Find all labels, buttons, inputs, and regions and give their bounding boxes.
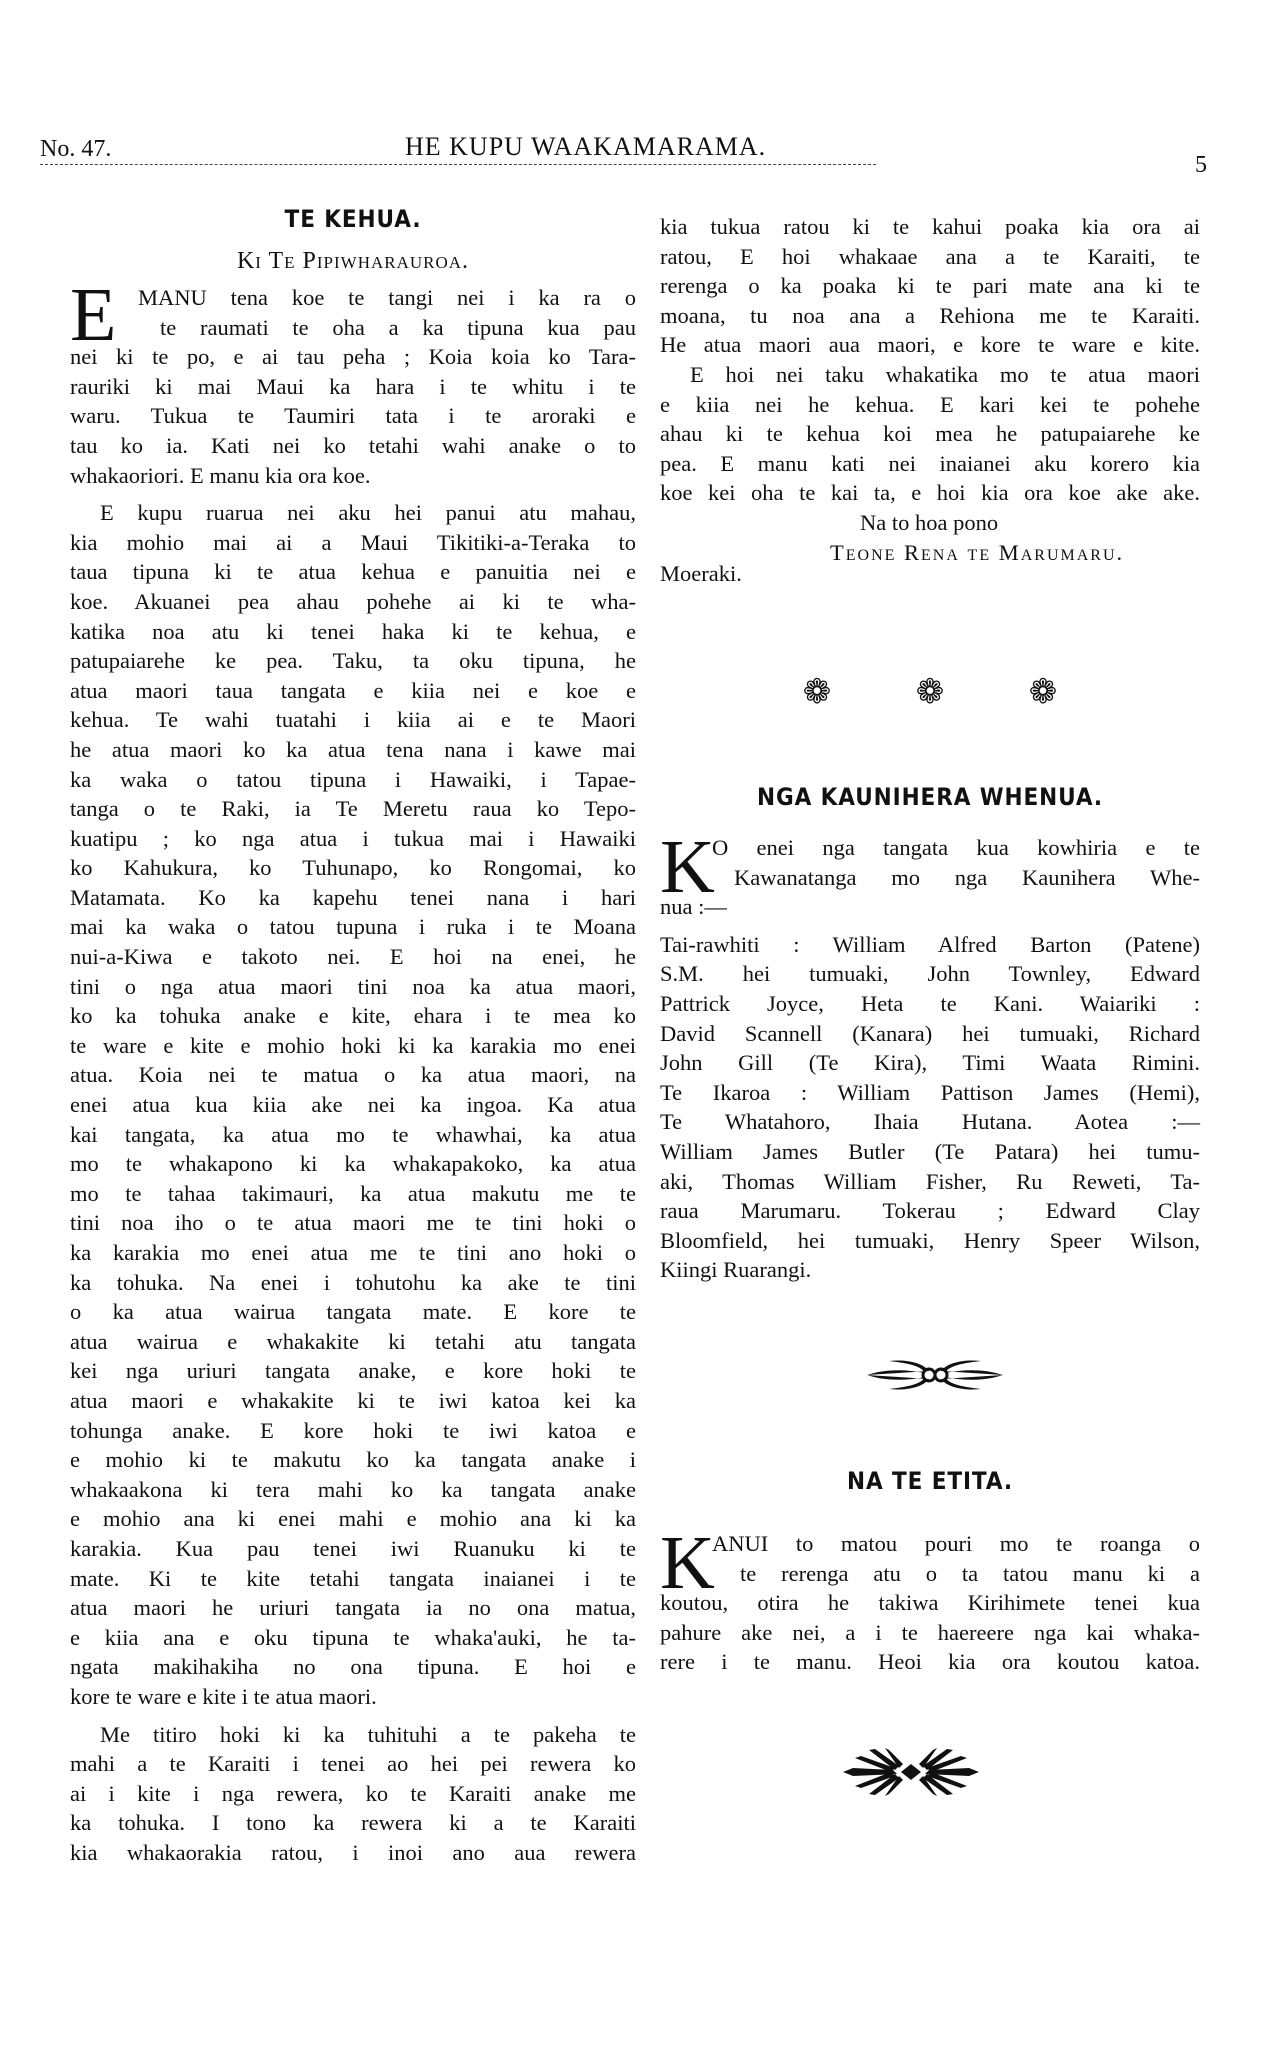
text-line: Te Whatahoro, Ihaia Hutana. Aotea :— xyxy=(660,1107,1200,1137)
text-line: e mohio ki te makutu ko ka tangata anake… xyxy=(70,1445,636,1475)
text-line: te rerenga atu o ta tatou manu ki a xyxy=(660,1559,1200,1589)
text-line: atua maori he uriuri tangata ia no ona m… xyxy=(70,1593,636,1623)
article-subtitle: Ki Te Pipiwharauroa. xyxy=(70,239,636,283)
drop-cap-e: E xyxy=(70,285,116,345)
text-line: Kawanatanga mo nga Kaunihera Whe- xyxy=(660,863,1200,893)
text-line: Me titiro hoki ki ka tuhituhi a te pakeh… xyxy=(70,1720,636,1750)
text-line: patupaiarehe ke pea. Taku, ta oku tipuna… xyxy=(70,646,636,676)
text-line: kehua. Te wahi tuatahi i kiia ai e te Ma… xyxy=(70,705,636,735)
text-line: Matamata. Ko ka kapehu tenei nana i hari xyxy=(70,883,636,913)
column-left: TE KEHUA. Ki Te Pipiwharauroa. E MANU te… xyxy=(70,205,636,1867)
paragraph-3: Me titiro hoki ki ka tuhituhi a te pakeh… xyxy=(70,1720,636,1868)
drop-cap-k: K xyxy=(660,837,715,897)
column-right: kia tukua ratou ki te kahui poaka kia or… xyxy=(660,212,1200,589)
journal-title: HE KUPU WAAKAMARAMA. xyxy=(405,132,766,162)
article-etita: NA TE ETITA. K ANUI to matou pouri mo te… xyxy=(660,1467,1200,1677)
text-line: kia mohio mai ai a Maui Tikitiki-a-Terak… xyxy=(70,528,636,558)
text-line: mo te whakapono ki ka whakapakoko, ka at… xyxy=(70,1149,636,1179)
text-line: O enei nga tangata kua kowhiria e te xyxy=(660,833,1200,863)
text-line: te ware e kite e mohio hoki ki ka karaki… xyxy=(70,1031,636,1061)
text-line: mai ka waka o tatou tupuna i ruka i te M… xyxy=(70,912,636,942)
paragraph-1: E MANU tena koe te tangi nei i ka ra o t… xyxy=(70,283,636,490)
text-line: ka tohuka. Na enei i tohutohu ka ake te … xyxy=(70,1268,636,1298)
article-title-kaunihera: NGA KAUNIHERA WHENUA. xyxy=(687,783,1173,833)
text-line: Bloomfield, hei tumuaki, Henry Speer Wil… xyxy=(660,1226,1200,1256)
text-line: nui-a-Kiwa e takoto nei. E hoi na enei, … xyxy=(70,942,636,972)
page-number: 5 xyxy=(1195,152,1207,179)
text-line: nua :— xyxy=(660,892,1200,922)
signoff: Na to hoa pono xyxy=(660,508,1200,538)
text-line: rere i te manu. Heoi kia ora koutou kato… xyxy=(660,1647,1200,1677)
text-line: ko Kahukura, ko Tuhunapo, ko Rongomai, k… xyxy=(70,853,636,883)
article-title-etita: NA TE ETITA. xyxy=(687,1467,1173,1529)
text-line: kia tukua ratou ki te kahui poaka kia or… xyxy=(660,212,1200,242)
text-line: atua maori e whakakite ki te iwi katoa k… xyxy=(70,1386,636,1416)
text-line: ahau ki te kehua koi mea he patupaiarehe… xyxy=(660,419,1200,449)
text-line: David Scannell (Kanara) hei tumuaki, Ric… xyxy=(660,1019,1200,1049)
text-line: whakaoriori. E manu kia ora koe. xyxy=(70,461,636,491)
text-line: pea. E manu kati nei inaianei aku korero… xyxy=(660,449,1200,479)
kaunihera-intro: K O enei nga tangata kua kowhiria e te K… xyxy=(660,833,1200,922)
text-line: koe. Akuanei pea ahau pohehe ai ki te wh… xyxy=(70,587,636,617)
text-line: tini o nga atua maori tini noa ka atua m… xyxy=(70,972,636,1002)
text-line: mo te tahaa takimauri, ka atua makutu me… xyxy=(70,1179,636,1209)
text-line: S.M. hei tumuaki, John Townley, Edward xyxy=(660,959,1200,989)
text-line: aki, Thomas William Fisher, Ru Reweti, T… xyxy=(660,1167,1200,1197)
paragraph-4: E hoi nei taku whakatika mo te atua maor… xyxy=(660,360,1200,508)
text-line: pahure ake nei, a i te haereere nga kai … xyxy=(660,1618,1200,1648)
text-line: tini noa iho o te atua maori me te tini … xyxy=(70,1208,636,1238)
text-line: koutou, otira he takiwa Kirihimete tenei… xyxy=(660,1588,1200,1618)
flower-ornament-row: ❁ ❁ ❁ xyxy=(660,672,1200,712)
text-line: rauriki ki mai Maui ka hara i te whitu i… xyxy=(70,372,636,402)
text-line: kore te ware e kite i te atua maori. xyxy=(70,1682,636,1712)
text-line: kai tangata, ka atua mo te whawhai, ka a… xyxy=(70,1120,636,1150)
article-kaunihera: NGA KAUNIHERA WHENUA. K O enei nga tanga… xyxy=(660,783,1200,1285)
text-line: ka karakia mo enei atua me te tini ano h… xyxy=(70,1238,636,1268)
etita-paragraph: K ANUI to matou pouri mo te roanga o te … xyxy=(660,1529,1200,1677)
text-line: tohunga anake. E kore hoki te iwi katoa … xyxy=(70,1416,636,1446)
text-line: waru. Tukua te Taumiri tata i te aroraki… xyxy=(70,401,636,431)
text-line: mahi a te Karaiti i tenei ao hei pei rew… xyxy=(70,1749,636,1779)
text-line: moana, tu noa ana a Rehiona me te Karait… xyxy=(660,301,1200,331)
text-line: tanga o te Raki, ia Te Meretu raua ko Te… xyxy=(70,794,636,824)
text-line: kei nga uriuri tangata anake, e kore hok… xyxy=(70,1356,636,1386)
flower-icon: ❁ xyxy=(1029,672,1058,712)
text-line: ka waka o tatou tipuna i Hawaiki, i Tapa… xyxy=(70,765,636,795)
text-line: William James Butler (Te Patara) hei tum… xyxy=(660,1137,1200,1167)
paragraph-3-continued: kia tukua ratou ki te kahui poaka kia or… xyxy=(660,212,1200,360)
text-line: ai i kite i nga rewera, ko te Karaiti an… xyxy=(70,1779,636,1809)
text-line: Kiingi Ruarangi. xyxy=(660,1255,1200,1285)
text-line: e kiia ana e oku tipuna te whaka'auki, h… xyxy=(70,1623,636,1653)
text-line: kuatipu ; ko nga atua i tukua mai i Hawa… xyxy=(70,824,636,854)
drop-cap-k: K xyxy=(660,1533,715,1593)
council-members-list: Tai-rawhiti : William Alfred Barton (Pat… xyxy=(660,930,1200,1285)
issue-number: No. 47. xyxy=(40,136,111,163)
text-line: ratou, E hoi whakaae ana a te Karaiti, t… xyxy=(660,242,1200,272)
text-line: kia whakaorakia ratou, i inoi ano aua re… xyxy=(70,1838,636,1868)
text-line: Tai-rawhiti : William Alfred Barton (Pat… xyxy=(660,930,1200,960)
flower-icon: ❁ xyxy=(916,672,945,712)
text-line: MANU tena koe te tangi nei i ka ra o xyxy=(70,283,636,313)
text-line: enei atua kua kiia ake nei ka ingoa. Ka … xyxy=(70,1090,636,1120)
text-line: taua tipuna ki te atua kehua e panuitia … xyxy=(70,557,636,587)
text-line: ka tohuka. I tono ka rewera ki a te Kara… xyxy=(70,1808,636,1838)
article-title-kehua: TE KEHUA. xyxy=(98,205,607,239)
header-rule xyxy=(40,164,876,165)
text-line: e kiia nei he kehua. E kari kei te poheh… xyxy=(660,390,1200,420)
text-line: Pattrick Joyce, Heta te Kani. Waiariki : xyxy=(660,989,1200,1019)
text-line: E kupu ruarua nei aku hei panui atu maha… xyxy=(70,498,636,528)
text-line: karakia. Kua pau tenei iwi Ruanuku ki te xyxy=(70,1534,636,1564)
text-line: He atua maori aua maori, e kore te ware … xyxy=(660,330,1200,360)
text-line: te raumati te oha a ka tipuna kua pau xyxy=(70,313,636,343)
text-line: mate. Ki te kite tetahi tangata inaianei… xyxy=(70,1564,636,1594)
text-line: raua Marumaru. Tokerau ; Edward Clay xyxy=(660,1196,1200,1226)
text-line: e mohio ana ki enei mahi e mohio ana ki … xyxy=(70,1504,636,1534)
text-line: whakaakona ki tera mahi ko ka tangata an… xyxy=(70,1475,636,1505)
text-line: tau ko ia. Kati nei ko tetahi wahi anake… xyxy=(70,431,636,461)
text-line: atua wairua e whakakite ki tetahi atu ta… xyxy=(70,1327,636,1357)
text-line: o ka atua wairua tangata mate. E kore te xyxy=(70,1297,636,1327)
scroll-ornament-icon xyxy=(865,1355,1005,1395)
text-line: koe kei oha te kai ta, e hoi kia ora koe… xyxy=(660,478,1200,508)
text-line: John Gill (Te Kira), Timi Waata Rimini. xyxy=(660,1048,1200,1078)
text-line: ko ka tohuka anake e kite, ehara i te me… xyxy=(70,1001,636,1031)
text-line: katika noa atu ki tenei haka ki te kehua… xyxy=(70,617,636,647)
text-line: atua maori taua tangata e kiia nei e koe… xyxy=(70,676,636,706)
text-line: Te Ikaroa : William Pattison James (Hemi… xyxy=(660,1078,1200,1108)
text-line: ngata makihakiha no ona tipuna. E hoi e xyxy=(70,1652,636,1682)
text-line: E hoi nei taku whakatika mo te atua maor… xyxy=(660,360,1200,390)
text-line: nei ki te po, e ai tau peha ; Koia koia … xyxy=(70,342,636,372)
text-line: rerenga o ka poaka ki te pari mate ana k… xyxy=(660,271,1200,301)
text-line: ANUI to matou pouri mo te roanga o xyxy=(660,1529,1200,1559)
running-head: No. 47. HE KUPU WAAKAMARAMA. 5 xyxy=(40,132,1240,172)
text-line: atua. Koia nei te matua o ka atua maori,… xyxy=(70,1060,636,1090)
fan-ornament-icon xyxy=(843,1748,979,1798)
flower-icon: ❁ xyxy=(803,672,832,712)
text-line: he atua maori ko ka atua tena nana i kaw… xyxy=(70,735,636,765)
paragraph-2: E kupu ruarua nei aku hei panui atu maha… xyxy=(70,498,636,1711)
